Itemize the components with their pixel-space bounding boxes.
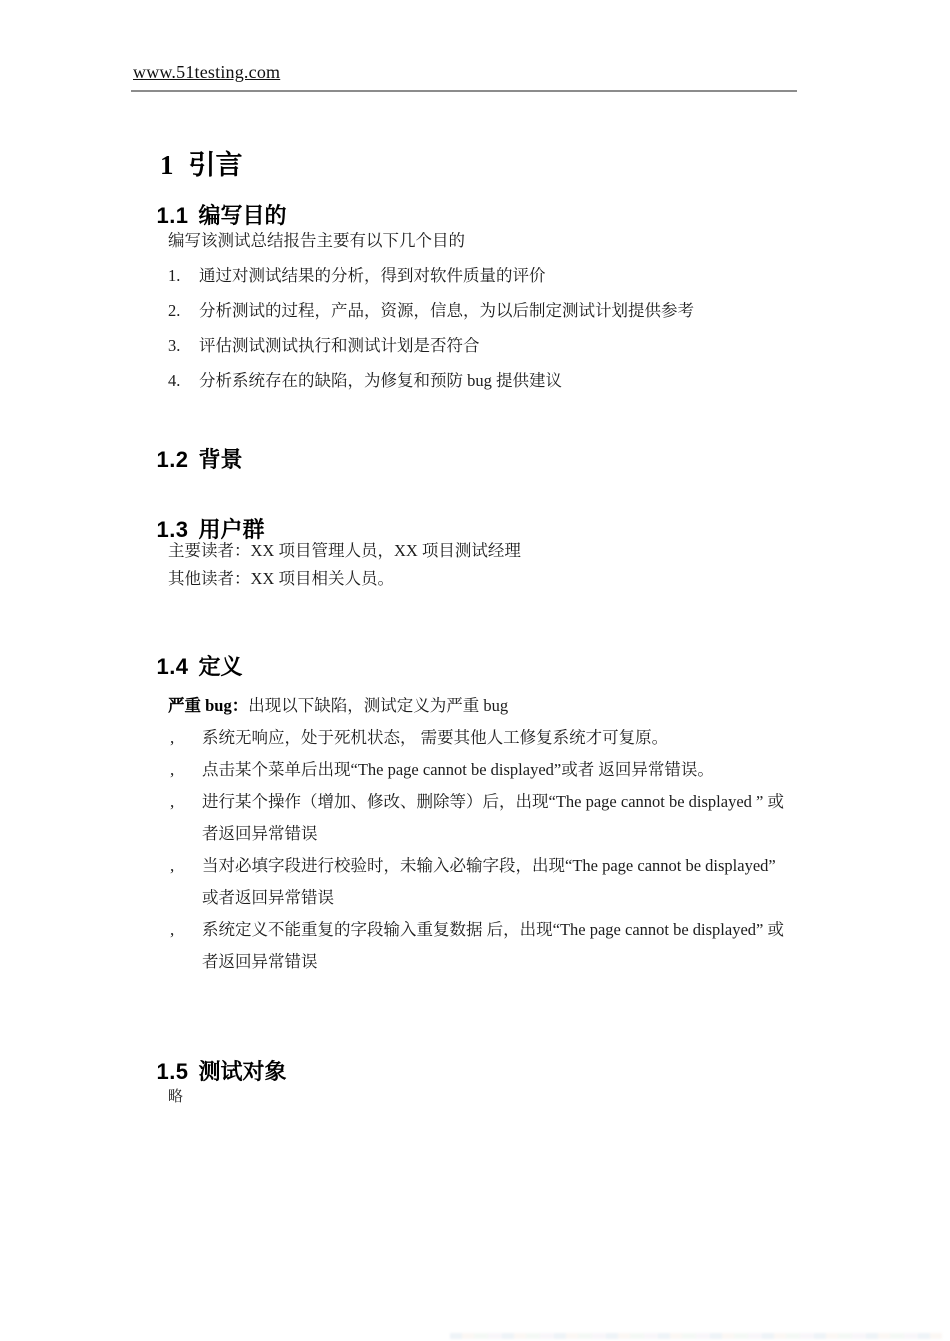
severe-bug-definition-line: 严重 bug：出现以下缺陷，测试定义为严重 bug [168,690,868,722]
document-page: www.51testing.com 1引言 1.1编写目的 编写该测试总结报告主… [0,0,950,1341]
list-item-text: 分析测试的过程，产品，资源，信息，为以后制定测试计划提供参考 [199,301,694,320]
site-url-link[interactable]: www.51testing.com [133,62,280,83]
definition-bullet-item: , 系统无响应，处于死机状态， 需要其他人工修复系统才可复原。 [168,722,868,754]
purpose-section-body: 编写该测试总结报告主要有以下几个目的 1.通过对测试结果的分析，得到对软件质量的… [168,223,888,398]
list-item-text: 评估测试测试执行和测试计划是否符合 [199,336,480,355]
header-rule [131,90,797,92]
list-item-number: 1. [168,258,199,293]
heading-number: 1.5 [156,1059,188,1084]
list-item: 2.分析测试的过程，产品，资源，信息，为以后制定测试计划提供参考 [168,293,888,328]
heading-title: 背景 [199,447,243,472]
heading-number: 1.4 [156,654,188,679]
bullet-icon: , [170,754,174,786]
purpose-numbered-list: 1.通过对测试结果的分析，得到对软件质量的评价 2.分析测试的过程，产品，资源，… [168,258,888,398]
bullet-icon: , [170,914,174,946]
bullet-icon: , [170,722,174,754]
purpose-lead-text: 编写该测试总结报告主要有以下几个目的 [168,223,888,258]
list-item-text: 分析系统存在的缺陷，为修复和预防 bug 提供建议 [199,371,562,390]
bullet-icon: , [170,786,174,818]
severe-bug-term: 严重 bug： [168,696,248,715]
test-target-body: 略 [168,1085,183,1106]
footer-watermark [450,1333,942,1339]
definition-bullet-item: , 系统定义不能重复的字段输入重复数据 后，出现“The page cannot… [168,914,868,978]
bullet-text-line: 系统定义不能重复的字段输入重复数据 后，出现“The page cannot b… [202,914,868,946]
bullet-text-line: 当对必填字段进行校验时，未输入必输字段，出现“The page cannot b… [202,850,868,882]
heading-number: 1.2 [156,447,188,472]
list-item-number: 4. [168,363,199,398]
definition-bullet-item: 当对必填字段进行校验时，未输入必输字段，出现“The page cannot b… [168,850,868,914]
heading-title: 测试对象 [199,1059,287,1084]
list-item: 3.评估测试测试执行和测试计划是否符合 [168,328,888,363]
bullet-text-line: 者返回异常错误 [202,946,868,978]
bullet-text-line: 或者返回异常错误 [202,882,868,914]
bullet-text-line: 点击某个菜单后出现“The page cannot be displayed”或… [202,754,868,786]
list-item-text: 通过对测试结果的分析，得到对软件质量的评价 [199,266,546,285]
list-item-number: 3. [168,328,199,363]
list-item: 4.分析系统存在的缺陷，为修复和预防 bug 提供建议 [168,363,888,398]
list-item-number: 2. [168,293,199,328]
list-item: 1.通过对测试结果的分析，得到对软件质量的评价 [168,258,888,293]
definition-bullet-item: , 点击某个菜单后出现“The page cannot be displayed… [168,754,868,786]
definition-section-body: 严重 bug：出现以下缺陷，测试定义为严重 bug , 系统无响应，处于死机状态… [168,690,868,978]
bullet-text-line: 进行某个操作（增加、修改、删除等）后，出现“The page cannot be… [202,786,868,818]
other-readers-line: 其他读者：XX 项目相关人员。 [168,565,521,593]
severe-bug-term-rest: 出现以下缺陷，测试定义为严重 bug [248,696,508,715]
bullet-text-line: 者返回异常错误 [202,818,868,850]
heading-title: 定义 [199,654,243,679]
users-section-body: 主要读者：XX 项目管理人员，XX 项目测试经理 其他读者：XX 项目相关人员。 [168,537,521,593]
bullet-icon: , [170,850,174,882]
primary-readers-line: 主要读者：XX 项目管理人员，XX 项目测试经理 [168,537,521,565]
definition-bullet-item: , 进行某个操作（增加、修改、删除等）后，出现“The page cannot … [168,786,868,850]
bullet-text-line: 系统无响应，处于死机状态， 需要其他人工修复系统才可复原。 [202,722,868,754]
heading-test-target: 1.5测试对象 [132,1029,287,1112]
